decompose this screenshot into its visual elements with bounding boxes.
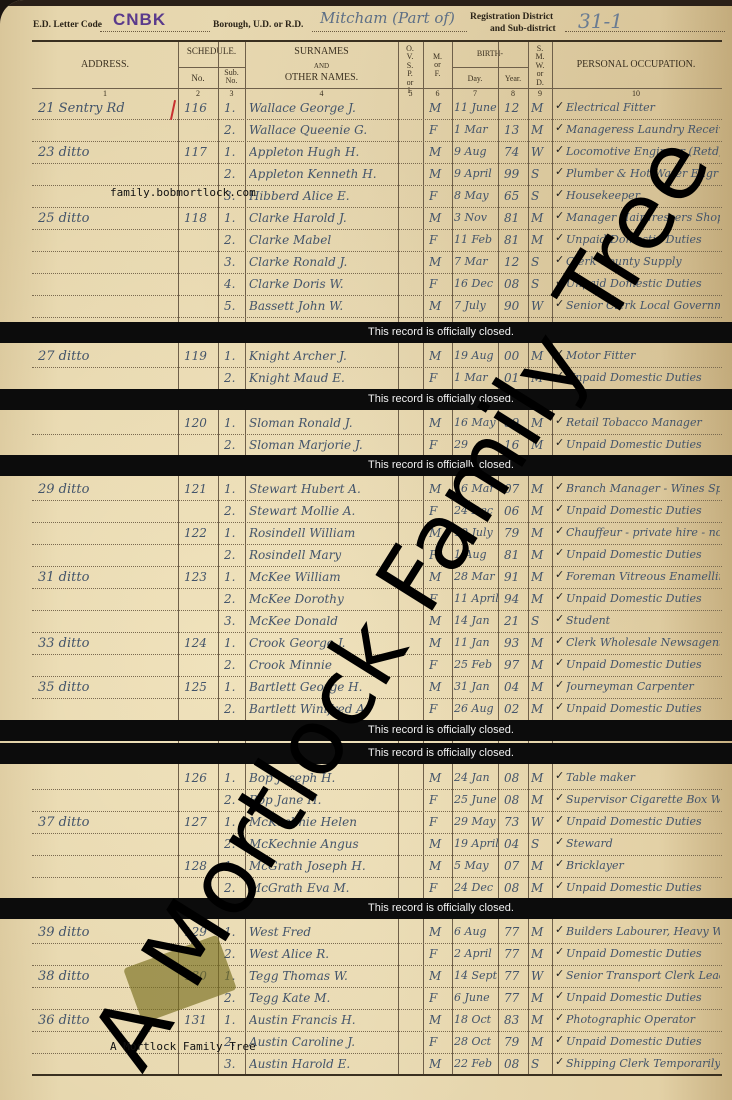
name-cell: Bassett John W.: [249, 299, 400, 313]
birth-year-cell: 79: [504, 1035, 528, 1049]
sex-cell: F: [429, 371, 452, 385]
check-mark-icon: ✓: [555, 546, 564, 559]
schedule-sub-cell: 4.: [224, 277, 245, 291]
census-page: E.D. Letter Code CNBK Borough, U.D. or R…: [0, 0, 732, 1100]
marital-cell: M: [531, 771, 552, 785]
schedule-sub-cell: 2.: [224, 991, 245, 1005]
marital-cell: M: [531, 504, 552, 518]
sex-cell: M: [429, 680, 452, 694]
schedule-sub-cell: 3.: [224, 255, 245, 269]
birth-year-cell: 94: [504, 592, 528, 606]
sex-cell: M: [429, 211, 452, 225]
schedule-sub-cell: 2.: [224, 702, 245, 716]
address-cell: 29 ditto: [38, 482, 176, 497]
marital-cell: W: [531, 969, 552, 983]
marital-cell: M: [531, 793, 552, 807]
check-mark-icon: ✓: [555, 502, 564, 515]
row-dotted-line: [32, 367, 722, 368]
marital-cell: M: [531, 233, 552, 247]
occupation-cell: Foreman Vitreous Enamelling: [566, 570, 720, 583]
sex-cell: F: [429, 947, 452, 961]
birth-day-cell: 11 Jan: [454, 636, 498, 649]
birth-day-cell: 31 Jan: [454, 680, 498, 693]
birth-year-cell: 77: [504, 991, 528, 1005]
schedule-sub-cell: 1.: [224, 101, 245, 115]
column-number: 3: [218, 89, 245, 98]
col-surnames-2: AND: [245, 63, 398, 70]
occupation-cell: Photographic Operator: [566, 1013, 720, 1026]
birth-day-cell: 6 Aug: [454, 925, 498, 938]
closed-record-bar: This record is officially closed.: [0, 898, 732, 919]
name-cell: West Alice R.: [249, 947, 400, 961]
name-cell: Appleton Hugh H.: [249, 145, 400, 159]
occupation-cell: Unpaid Domestic Duties: [566, 504, 720, 517]
address-cell: 35 ditto: [38, 680, 176, 695]
ed-letter-code-stamp: CNBK: [113, 10, 166, 30]
birth-year-cell: 12: [504, 101, 528, 115]
marital-cell: W: [531, 815, 552, 829]
name-cell: Hibberd Alice E.: [249, 189, 400, 203]
marital-cell: M: [531, 859, 552, 873]
occupation-cell: Unpaid Domestic Duties: [566, 702, 720, 715]
check-mark-icon: ✓: [555, 791, 564, 804]
ed-letter-code-label: E.D. Letter Code: [33, 20, 102, 30]
marital-cell: M: [531, 526, 552, 540]
row-dotted-line: [32, 522, 722, 523]
name-cell: Wallace George J.: [249, 101, 400, 115]
birth-day-cell: 14 Jan: [454, 614, 498, 627]
sex-cell: M: [429, 255, 452, 269]
col-occupation: PERSONAL OCCUPATION.: [552, 60, 720, 71]
schedule-no-cell: 121: [184, 482, 218, 496]
col-schedule-sub: Sub. No.: [218, 69, 245, 86]
occupation-cell: Builders Labourer, Heavy Work: [566, 925, 720, 938]
sex-cell: F: [429, 702, 452, 716]
marital-cell: M: [531, 991, 552, 1005]
check-mark-icon: ✓: [555, 835, 564, 848]
birth-year-cell: 73: [504, 815, 528, 829]
row-dotted-line: [32, 811, 722, 812]
check-mark-icon: ✓: [555, 967, 564, 980]
check-mark-icon: ✓: [555, 612, 564, 625]
row-dotted-line: [32, 141, 722, 142]
birth-day-cell: 7 Mar: [454, 255, 498, 268]
birth-day-cell: 11 June: [454, 101, 498, 114]
occupation-cell: Student: [566, 614, 720, 627]
birth-year-cell: 08: [504, 881, 528, 895]
marital-cell: M: [531, 211, 552, 225]
borough-label: Borough, U.D. or R.D.: [213, 20, 303, 30]
check-mark-icon: ✓: [555, 143, 564, 156]
birth-subrule: [452, 67, 528, 68]
birth-year-cell: 99: [504, 167, 528, 181]
schedule-no-cell: 126: [184, 771, 218, 785]
schedule-sub-cell: 1.: [224, 1013, 245, 1027]
occupation-cell: Unpaid Domestic Duties: [566, 815, 720, 828]
marital-cell: S: [531, 1057, 552, 1071]
schedule-sub-cell: 1.: [224, 526, 245, 540]
col-birth-year: Year.: [498, 75, 528, 83]
schedule-no-cell: 118: [184, 211, 218, 225]
marital-cell: M: [531, 680, 552, 694]
name-cell: Austin Harold E.: [249, 1057, 400, 1071]
column-divider: [498, 42, 499, 1074]
schedule-sub-cell: 2.: [224, 123, 245, 137]
schedule-sub-cell: 2.: [224, 548, 245, 562]
column-number: 5: [398, 89, 423, 98]
check-mark-icon: ✓: [555, 1011, 564, 1024]
marital-cell: S: [531, 189, 552, 203]
check-mark-icon: ✓: [555, 480, 564, 493]
schedule-sub-cell: 2.: [224, 438, 245, 452]
occupation-cell: Unpaid Domestic Duties: [566, 438, 720, 451]
marital-cell: M: [531, 947, 552, 961]
schedule-no-cell: 119: [184, 349, 218, 363]
check-mark-icon: ✓: [555, 857, 564, 870]
birth-year-cell: 77: [504, 947, 528, 961]
schedule-subrule: [178, 67, 245, 68]
schedule-sub-cell: 2.: [224, 167, 245, 181]
column-number: 10: [552, 89, 720, 98]
check-mark-icon: ✓: [555, 879, 564, 892]
name-cell: Clarke Harold J.: [249, 211, 400, 225]
check-mark-icon: ✓: [555, 989, 564, 1002]
marital-cell: M: [531, 1013, 552, 1027]
birth-year-cell: 07: [504, 859, 528, 873]
check-mark-icon: ✓: [555, 678, 564, 691]
row-dotted-line: [32, 119, 722, 120]
birth-day-cell: 24 Dec: [454, 881, 498, 894]
birth-year-cell: 91: [504, 570, 528, 584]
closed-record-text: This record is officially closed.: [368, 724, 514, 736]
sex-cell: M: [429, 771, 452, 785]
address-cell: 33 ditto: [38, 636, 176, 651]
column-number: 4: [245, 89, 398, 98]
occupation-cell: Chauffeur - private hire - now driving -…: [566, 526, 720, 539]
schedule-no-cell: 125: [184, 680, 218, 694]
row-dotted-line: [32, 789, 722, 790]
birth-day-cell: 14 Sept: [454, 969, 498, 982]
check-mark-icon: ✓: [555, 568, 564, 581]
schedule-sub-cell: 2.: [224, 658, 245, 672]
registration-value: 31-1: [578, 9, 623, 33]
birth-day-cell: 28 Oct: [454, 1035, 498, 1048]
occupation-cell: Table maker: [566, 771, 720, 784]
sex-cell: F: [429, 793, 452, 807]
column-number: 9: [528, 89, 552, 98]
watermark-url: family.bobmortlock.com: [110, 186, 256, 199]
marital-cell: M: [531, 1035, 552, 1049]
sex-cell: M: [429, 969, 452, 983]
dotted-leader: [565, 31, 725, 32]
birth-day-cell: 16 Dec: [454, 277, 498, 290]
schedule-sub-cell: 1.: [224, 349, 245, 363]
birth-year-cell: 12: [504, 255, 528, 269]
registration-label-1: Registration District: [470, 12, 553, 22]
marital-cell: M: [531, 123, 552, 137]
name-cell: Stewart Mollie A.: [249, 504, 400, 518]
check-mark-icon: ✓: [555, 524, 564, 537]
check-mark-icon: ✓: [555, 590, 564, 603]
sex-cell: F: [429, 991, 452, 1005]
birth-year-cell: 77: [504, 969, 528, 983]
schedule-sub-cell: 2.: [224, 233, 245, 247]
check-mark-icon: ✓: [555, 923, 564, 936]
sex-cell: M: [429, 925, 452, 939]
column-number: 7: [452, 89, 498, 98]
schedule-no-cell: 117: [184, 145, 218, 159]
birth-year-cell: 04: [504, 837, 528, 851]
schedule-sub-cell: 1.: [224, 211, 245, 225]
name-cell: Tegg Kate M.: [249, 991, 400, 1005]
birth-day-cell: 2 April: [454, 947, 498, 960]
column-divider: [552, 42, 553, 1074]
sex-cell: M: [429, 1013, 452, 1027]
dotted-leader: [100, 31, 210, 32]
column-divider: [528, 42, 529, 1074]
occupation-cell: Steward: [566, 837, 720, 850]
name-cell: Knight Archer J.: [249, 349, 400, 363]
dotted-leader: [312, 31, 467, 32]
schedule-sub-cell: 3.: [224, 614, 245, 628]
address-cell: 27 ditto: [38, 349, 176, 364]
schedule-sub-cell: 1.: [224, 636, 245, 650]
birth-day-cell: 29 May: [454, 815, 498, 828]
marital-cell: M: [531, 570, 552, 584]
schedule-sub-cell: 3.: [224, 1057, 245, 1071]
sex-cell: F: [429, 658, 452, 672]
col-schedule-no: No.: [178, 74, 218, 83]
sex-cell: F: [429, 815, 452, 829]
occupation-cell: Bricklayer: [566, 859, 720, 872]
birth-day-cell: 25 Feb: [454, 658, 498, 671]
occupation-cell: Branch Manager - Wines Spirits Beers Min…: [566, 482, 720, 495]
sex-cell: M: [429, 349, 452, 363]
check-mark-icon: ✓: [555, 813, 564, 826]
schedule-no-cell: 124: [184, 636, 218, 650]
birth-day-cell: 8 May: [454, 189, 498, 202]
name-cell: Austin Caroline J.: [249, 1035, 400, 1049]
name-cell: Wallace Queenie G.: [249, 123, 400, 137]
birth-day-cell: 5 May: [454, 859, 498, 872]
header-top-rule: [32, 40, 722, 42]
occupation-cell: Unpaid Domestic Duties: [566, 592, 720, 605]
marital-cell: M: [531, 925, 552, 939]
address-cell: 21 Sentry Rd: [38, 101, 176, 116]
birth-year-cell: 74: [504, 145, 528, 159]
name-cell: Knight Maud E.: [249, 371, 400, 385]
name-cell: Clarke Mabel: [249, 233, 400, 247]
col-address: ADDRESS.: [32, 60, 178, 71]
birth-year-cell: 08: [504, 793, 528, 807]
occupation-cell: Senior Transport Clerk Lead Works: [566, 969, 720, 982]
sex-cell: F: [429, 881, 452, 895]
occupation-cell: Clerk Wholesale Newsagent: [566, 636, 720, 649]
check-mark-icon: ✓: [555, 165, 564, 178]
schedule-sub-cell: 1.: [224, 145, 245, 159]
birth-day-cell: 26 Aug: [454, 702, 498, 715]
name-cell: Tegg Thomas W.: [249, 969, 400, 983]
birth-year-cell: 08: [504, 771, 528, 785]
birth-day-cell: 9 Aug: [454, 145, 498, 158]
marital-cell: S: [531, 837, 552, 851]
birth-day-cell: 18 Oct: [454, 1013, 498, 1026]
birth-day-cell: 6 June: [454, 991, 498, 1004]
marital-cell: M: [531, 658, 552, 672]
col-birth-day: Day.: [452, 75, 498, 83]
check-mark-icon: ✓: [555, 187, 564, 200]
birth-year-cell: 81: [504, 211, 528, 225]
sex-cell: M: [429, 299, 452, 313]
marital-cell: W: [531, 145, 552, 159]
birth-day-cell: 19 April: [454, 837, 498, 850]
schedule-no-cell: 120: [184, 416, 218, 430]
marital-cell: S: [531, 167, 552, 181]
birth-year-cell: 08: [504, 1057, 528, 1071]
check-mark-icon: ✓: [555, 1055, 564, 1068]
schedule-no-cell: 122: [184, 526, 218, 540]
col-smwd: S. M. W. or D.: [529, 45, 551, 87]
check-mark-icon: ✓: [555, 769, 564, 782]
address-cell: 31 ditto: [38, 570, 176, 585]
occupation-cell: Unpaid Domestic Duties: [566, 1035, 720, 1048]
schedule-sub-cell: 1.: [224, 570, 245, 584]
column-number: 8: [498, 89, 528, 98]
name-cell: Sloman Marjorie J.: [249, 438, 400, 452]
check-mark-icon: ✓: [555, 209, 564, 222]
col-birth: BIRTH-: [452, 50, 528, 58]
col-surnames-1: SURNAMES: [245, 47, 398, 58]
birth-day-cell: 24 Jan: [454, 771, 498, 784]
col-schedule: SCHEDULE.: [178, 47, 245, 56]
schedule-sub-cell: 5.: [224, 299, 245, 313]
birth-year-cell: 93: [504, 636, 528, 650]
occupation-cell: Unpaid Domestic Duties: [566, 947, 720, 960]
birth-year-cell: 65: [504, 189, 528, 203]
schedule-sub-cell: 2.: [224, 592, 245, 606]
sex-cell: M: [429, 167, 452, 181]
birth-year-cell: 81: [504, 548, 528, 562]
sex-cell: F: [429, 277, 452, 291]
birth-year-cell: 97: [504, 658, 528, 672]
sex-cell: F: [429, 1035, 452, 1049]
name-cell: Austin Francis H.: [249, 1013, 400, 1027]
borough-value: Mitcham (Part of): [320, 9, 455, 27]
schedule-no-cell: 116: [184, 101, 218, 115]
birth-year-cell: 13: [504, 123, 528, 137]
check-mark-icon: ✓: [555, 634, 564, 647]
occupation-cell: Supervisor Cigarette Box Works: [566, 793, 720, 806]
closed-record-text: This record is officially closed.: [368, 902, 514, 914]
row-dotted-line: [32, 434, 722, 435]
birth-day-cell: 9 April: [454, 167, 498, 180]
row-dotted-line: [32, 855, 722, 856]
occupation-cell: Unpaid Domestic Duties: [566, 548, 720, 561]
check-mark-icon: ✓: [555, 700, 564, 713]
schedule-sub-cell: 1.: [224, 416, 245, 430]
column-number: 6: [423, 89, 452, 98]
row-dotted-line: [32, 877, 722, 878]
sex-cell: F: [429, 233, 452, 247]
name-cell: Appleton Kenneth H.: [249, 167, 400, 181]
schedule-sub-cell: 1.: [224, 482, 245, 496]
birth-year-cell: 08: [504, 277, 528, 291]
occupation-cell: Journeyman Carpenter: [566, 680, 720, 693]
sex-cell: M: [429, 1057, 452, 1071]
name-cell: Stewart Hubert A.: [249, 482, 400, 496]
name-cell: Sloman Ronald J.: [249, 416, 400, 430]
check-mark-icon: ✓: [555, 945, 564, 958]
closed-record-bar: This record is officially closed.: [0, 455, 732, 476]
address-cell: 37 ditto: [38, 815, 176, 830]
address-cell: 25 ditto: [38, 211, 176, 226]
occupation-cell: Unpaid Domestic Duties: [566, 991, 720, 1004]
marital-cell: M: [531, 636, 552, 650]
row-dotted-line: [32, 500, 722, 501]
birth-day-cell: 25 June: [454, 793, 498, 806]
check-mark-icon: ✓: [555, 99, 564, 112]
marital-cell: M: [531, 881, 552, 895]
marital-cell: S: [531, 614, 552, 628]
sex-cell: F: [429, 123, 452, 137]
schedule-no-cell: 123: [184, 570, 218, 584]
birth-year-cell: 04: [504, 680, 528, 694]
marital-cell: M: [531, 548, 552, 562]
birth-year-cell: 81: [504, 233, 528, 247]
birth-day-cell: 22 Feb: [454, 1057, 498, 1070]
birth-year-cell: 21: [504, 614, 528, 628]
registration-label-2: and Sub-district: [490, 24, 556, 34]
address-cell: 23 ditto: [38, 145, 176, 160]
schedule-sub-cell: 2.: [224, 504, 245, 518]
marital-cell: M: [531, 592, 552, 606]
col-mf: M. or F.: [423, 53, 452, 78]
occupation-cell: Unpaid Domestic Duties: [566, 881, 720, 894]
check-mark-icon: ✓: [555, 656, 564, 669]
name-cell: Clarke Ronald J.: [249, 255, 400, 269]
table-bottom-rule: [32, 1074, 722, 1076]
watermark-footer: A Mortlock Family Tree: [110, 1040, 256, 1053]
occupation-cell: Unpaid Domestic Duties: [566, 658, 720, 671]
column-number: 2: [178, 89, 218, 98]
schedule-sub-cell: 2.: [224, 371, 245, 385]
marital-cell: M: [531, 702, 552, 716]
name-cell: West Fred: [249, 925, 400, 939]
check-mark-icon: ✓: [555, 1033, 564, 1046]
sex-cell: M: [429, 859, 452, 873]
birth-year-cell: 02: [504, 702, 528, 716]
occupation-cell: Shipping Clerk Temporarily Disengaged: [566, 1057, 720, 1070]
sex-cell: F: [429, 189, 452, 203]
marital-cell: M: [531, 101, 552, 115]
birth-day-cell: 11 Feb: [454, 233, 498, 246]
col-surnames-3: OTHER NAMES.: [245, 73, 398, 84]
birth-year-cell: 77: [504, 925, 528, 939]
birth-day-cell: 3 Nov: [454, 211, 498, 224]
name-cell: Clarke Doris W.: [249, 277, 400, 291]
check-mark-icon: ✓: [555, 121, 564, 134]
closed-record-bar: This record is officially closed.: [0, 389, 732, 410]
birth-day-cell: 7 July: [454, 299, 498, 312]
closed-record-text: This record is officially closed.: [368, 747, 514, 759]
closed-record-text: This record is officially closed.: [368, 326, 514, 338]
page-top-edge: [0, 0, 732, 6]
column-number: 1: [32, 89, 178, 98]
birth-day-cell: 1 Mar: [454, 123, 498, 136]
schedule-sub-cell: 1.: [224, 680, 245, 694]
occupation-cell: Retail Tobacco Manager: [566, 416, 720, 429]
sex-cell: M: [429, 837, 452, 851]
